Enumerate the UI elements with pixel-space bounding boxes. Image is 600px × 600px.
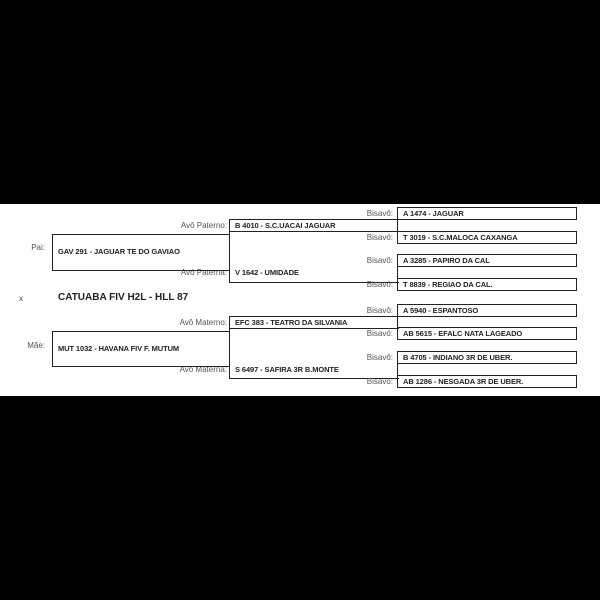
great-grandparent-name: T 3019 - S.C.MALOCA CAXANGA bbox=[403, 233, 518, 242]
avo-paterno-label: Avô Paterno: bbox=[181, 221, 227, 230]
pedigree-sheet: Bisavô: A 1474 - JAGUAR Bisavó: T 3019 -… bbox=[0, 204, 600, 396]
sire-box: GAV 291 - JAGUAR TE DO GAVIAO bbox=[52, 234, 230, 271]
bisavo-label: Bisavô: bbox=[367, 306, 393, 315]
row-divider bbox=[229, 219, 399, 232]
bisavo-label: Bisavô: bbox=[367, 353, 393, 362]
animal-name: CATUABA FIV H2L - HLL 87 bbox=[58, 292, 188, 303]
cross-mark: x bbox=[19, 294, 23, 303]
great-grandparent-name: A 5940 - ESPANTOSO bbox=[403, 306, 478, 315]
great-grandparent-name: T 8839 - REGIAO DA CAL. bbox=[403, 280, 493, 289]
sire-name: GAV 291 - JAGUAR TE DO GAVIAO bbox=[58, 247, 180, 256]
great-grandparent-box: AB 5615 - EFALC NATA LAGEADO bbox=[397, 327, 577, 340]
granddam-name: V 1642 - UMIDADE bbox=[235, 268, 299, 277]
great-grandparent-box: A 1474 - JAGUAR bbox=[397, 207, 577, 220]
bisavo-label: Bisavó: bbox=[367, 280, 393, 289]
bisavo-label: Bisavô: bbox=[367, 209, 393, 218]
great-grandparent-name: B 4705 - INDIANO 3R DE UBER. bbox=[403, 353, 512, 362]
great-grandparent-name: A 3285 - PAPIRO DA CAL bbox=[403, 256, 490, 265]
row-divider bbox=[229, 316, 399, 329]
bisavo-label: Bisavô: bbox=[367, 256, 393, 265]
great-grandparent-box: T 3019 - S.C.MALOCA CAXANGA bbox=[397, 231, 577, 244]
great-grandparent-name: A 1474 - JAGUAR bbox=[403, 209, 464, 218]
pai-label: Pai: bbox=[31, 243, 45, 252]
great-grandparent-box: B 4705 - INDIANO 3R DE UBER. bbox=[397, 351, 577, 364]
bisavo-label: Bisavó: bbox=[367, 377, 393, 386]
great-grandparent-box: A 3285 - PAPIRO DA CAL bbox=[397, 254, 577, 267]
great-grandparent-name: AB 5615 - EFALC NATA LAGEADO bbox=[403, 329, 522, 338]
great-grandparent-box: AB 1286 - NESGADA 3R DE UBER. bbox=[397, 375, 577, 388]
mae-label: Mãe: bbox=[27, 341, 45, 350]
granddam-name: S 6497 - SAFIRA 3R B.MONTE bbox=[235, 365, 339, 374]
dam-box: MUT 1032 - HAVANA FIV F. MUTUM bbox=[52, 331, 230, 367]
great-grandparent-box: A 5940 - ESPANTOSO bbox=[397, 304, 577, 317]
great-grandparent-box: T 8839 - REGIAO DA CAL. bbox=[397, 278, 577, 291]
avo-materno-label: Avô Materno: bbox=[180, 318, 227, 327]
great-grandparent-name: AB 1286 - NESGADA 3R DE UBER. bbox=[403, 377, 523, 386]
dam-name: MUT 1032 - HAVANA FIV F. MUTUM bbox=[58, 344, 179, 353]
